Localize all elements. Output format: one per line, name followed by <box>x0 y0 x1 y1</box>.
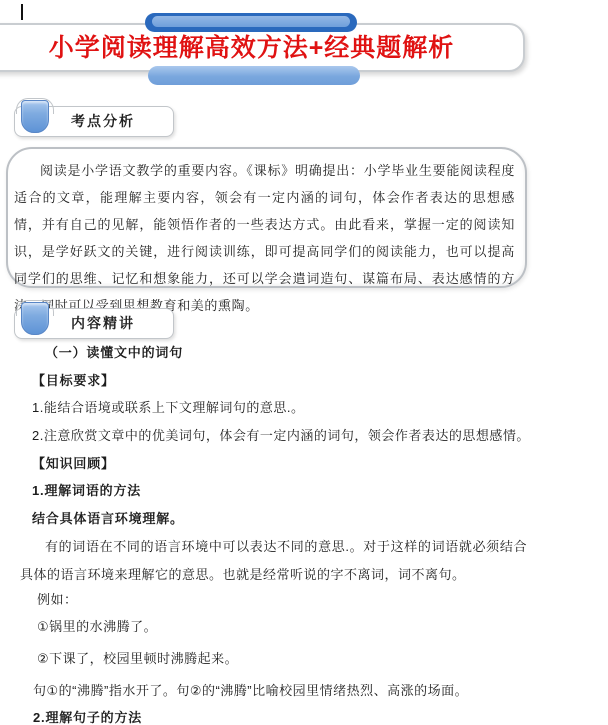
title-ribbon-top-highlight <box>152 16 350 27</box>
target-item-1: 1.能结合语境或联系上下文理解词句的意思.。 <box>32 401 304 415</box>
text-cursor <box>21 4 23 20</box>
intro-paragraph: 阅读是小学语文教学的重要内容。《课标》明确提出：小学毕业生要能阅读程度适合的文章… <box>14 157 515 319</box>
example-explanation: 句①的“沸腾”指水开了。句②的“沸腾”比喻校园里情绪热烈、高涨的场面。 <box>33 684 468 698</box>
body-paragraph: 有的词语在不同的语言环境中可以表达不同的意思.。对于这样的词语就必须结合具体的语… <box>20 533 527 588</box>
title-ribbon-bottom <box>148 66 360 85</box>
example-sentence-1: ①锅里的水沸腾了。 <box>37 620 157 634</box>
intro-box: 阅读是小学语文教学的重要内容。《课标》明确提出：小学毕业生要能阅读程度适合的文章… <box>6 147 527 288</box>
target-item-2: 2.注意欣赏文章中的优美词句，体会有一定内涵的词句，领会作者表达的思想感情。 <box>32 429 530 443</box>
heading-combine-context: 结合具体语言环境理解。 <box>32 512 184 526</box>
heading-sentence-method: 2.理解句子的方法 <box>33 711 142 725</box>
blue-bookmark-icon <box>21 302 49 335</box>
example-label: 例如： <box>37 593 78 607</box>
blue-bookmark-icon <box>21 100 49 133</box>
example-sentence-2: ②下课了，校园里顿时沸腾起来。 <box>37 652 238 666</box>
section-header-exam-points: 考点分析 <box>14 106 174 137</box>
title-ribbon-top <box>145 13 357 32</box>
heading-target-requirements: 【目标要求】 <box>32 374 115 388</box>
heading-knowledge-recall: 【知识回顾】 <box>32 457 115 471</box>
heading-understand-words: （一）读懂文中的词句 <box>45 346 183 360</box>
heading-word-method: 1.理解词语的方法 <box>32 484 141 498</box>
document-page[interactable]: 小学阅读理解高效方法+经典题解析 考点分析 阅读是小学语文教学的重要内容。《课标… <box>0 0 608 725</box>
section-header-content-lecture: 内容精讲 <box>14 308 174 339</box>
